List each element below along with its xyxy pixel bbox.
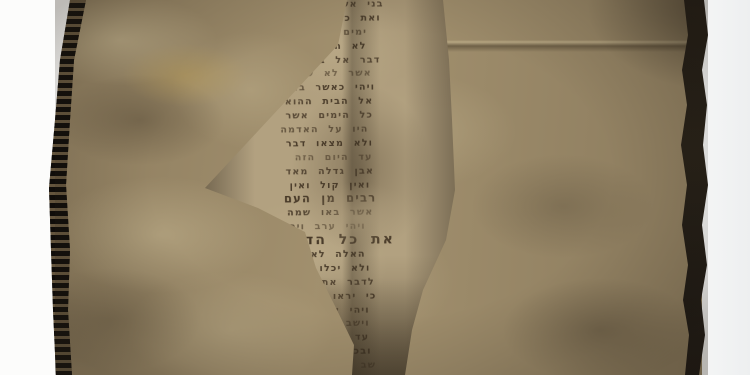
manuscript-photo: בני אשר על הדברואת כל אשר לוימים על הארץ… — [0, 0, 750, 375]
